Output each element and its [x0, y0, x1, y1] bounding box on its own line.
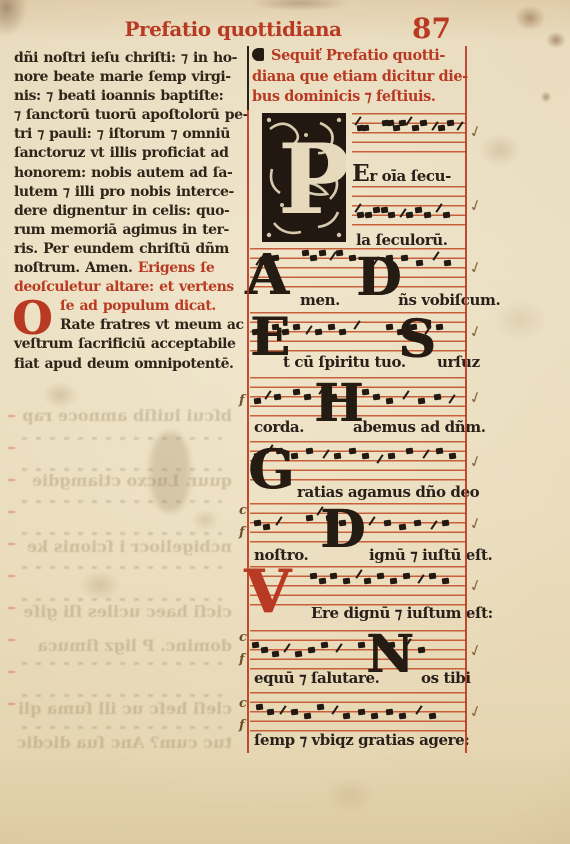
text-line: dere dignentur in celis: quo- [14, 202, 242, 221]
neume-punctum [334, 452, 342, 458]
custos-mark: ✓ [466, 120, 485, 142]
music-staff [250, 692, 466, 732]
lyric-line: os tibi [421, 669, 471, 687]
neume-liquescent [275, 516, 282, 525]
right-border-red [465, 46, 467, 753]
neume-punctum [405, 448, 413, 454]
text-segment: dere dignentur in celis: quo- [14, 203, 229, 219]
music-staff [352, 113, 466, 153]
neume-punctum [362, 124, 370, 130]
custos-mark: ✓ [466, 512, 485, 534]
neume-punctum [302, 250, 310, 256]
neume-punctum [386, 323, 394, 329]
text-line: dñi noſtri ieſu chriſti: ⁊ in ho- [14, 49, 242, 68]
bleed-text-line: cicſi haec uciles ſli giſe [18, 602, 232, 621]
text-segment: noſtrum. Amen. [14, 260, 138, 276]
neume-punctum [319, 577, 327, 583]
neume-punctum [293, 388, 301, 394]
neume-liquescent [431, 521, 438, 530]
neume-punctum [442, 577, 450, 583]
text-line: nis: ⁊ beati ioannis baptiſte: [14, 87, 242, 106]
custos-mark: ✓ [466, 574, 485, 596]
woodcut-letter: P [278, 123, 346, 236]
rubric-line: diana que etiam dicitur die- [252, 67, 466, 88]
column-divider-black [247, 46, 249, 110]
text-segment: ⁊ ſanctorū tuorū apoſtolorū pe- [14, 107, 248, 123]
neume-punctum [256, 703, 264, 709]
neume-punctum [448, 452, 456, 458]
neume-punctum [399, 713, 407, 719]
red-bleed-speck [8, 511, 15, 513]
clef-letter-c: c [239, 503, 247, 518]
neume-liquescent [433, 251, 440, 260]
lyric-line: ñs vobiſcum. [398, 291, 500, 309]
manuscript-page: Prefatio quottidiana 87 dñi noſtri ieſu … [0, 0, 570, 844]
text-segment: fiat apud deum omnipotentē. [14, 356, 233, 372]
neume-punctum [405, 212, 413, 218]
neume-punctum [358, 641, 366, 647]
dropcap-o: O [12, 298, 52, 338]
neume-punctum [414, 207, 422, 213]
chant-initial-g: G [248, 442, 294, 496]
text-segment: ris. Per eundem chriſtū dñm [14, 241, 229, 257]
neume-punctum [429, 573, 437, 579]
custos-mark: ✓ [466, 639, 485, 661]
neume-punctum [293, 323, 301, 329]
lyric-line: Er oīa ſecu- [352, 160, 451, 187]
neume-liquescent [353, 320, 360, 329]
clef-letter-f: f [239, 393, 245, 408]
lyric-line: ſemp ⁊ vbiqz gratias agere: [254, 731, 469, 749]
red-bleed-speck [8, 607, 15, 609]
neume-punctum [338, 328, 346, 334]
neume-liquescent [422, 449, 429, 458]
neume-punctum [304, 713, 312, 719]
neume-liquescent [403, 390, 410, 399]
neume-liquescent [377, 454, 384, 463]
neume-punctum [364, 212, 372, 218]
neume-liquescent [336, 643, 343, 652]
neume-liquescent [416, 705, 423, 714]
page-title: Prefatio quottidiana [118, 17, 348, 41]
neume-punctum [310, 255, 318, 261]
neume-punctum [319, 250, 327, 256]
lyric-line: t cū ſpiritu tuo. [283, 353, 406, 371]
neume-liquescent [368, 516, 375, 525]
text-segment: ſanctoruz vt illis proficiat ad [14, 145, 229, 161]
clef-letter-f: f [239, 652, 245, 667]
music-staff [250, 630, 466, 670]
chant-initial-e: E [250, 312, 290, 364]
neume-punctum [424, 212, 432, 218]
text-line: honorem: nobis autem ad ſa- [14, 164, 242, 183]
neume-liquescent [406, 116, 413, 125]
neume-punctum [386, 398, 394, 404]
chant-initial-d: D [320, 504, 365, 556]
lyric-line: equū ⁊ ſalutare. [254, 669, 379, 687]
neume-punctum [398, 120, 406, 126]
neume-punctum [384, 519, 392, 525]
chant-initial-d: D [356, 252, 401, 304]
lyric-line: urſuz [437, 353, 480, 371]
red-bleed-speck [8, 703, 15, 705]
red-bleed-speck [8, 671, 15, 673]
neume-liquescent [264, 390, 271, 399]
neume-punctum [263, 524, 271, 530]
neume-punctum [271, 651, 279, 657]
bleed-dot-row [22, 694, 222, 697]
text-line: fiat apud deum omnipotentē. [14, 355, 242, 374]
neume-punctum [373, 393, 381, 399]
rubric-line: bus dominicis ⁊ feſtiuis. [252, 87, 466, 108]
bleed-text-line: ncbigeliocr i ſcionis ke [18, 537, 232, 556]
custos-mark: ✓ [466, 450, 485, 472]
chant-initial-h: H [314, 378, 363, 430]
neume-punctum [252, 641, 260, 647]
neume-punctum [310, 573, 318, 579]
bleed-dot-row [22, 598, 222, 601]
text-segment: ſe ad populum dicat. [60, 298, 216, 314]
bleed-dot-row [22, 437, 222, 440]
neume-punctum [362, 388, 370, 394]
neume-punctum [412, 124, 420, 130]
bleed-text-line: cleſi heſc uc ill ſuma qlis [18, 699, 232, 718]
bleed-dot-row [22, 468, 222, 471]
neume-punctum [358, 708, 366, 714]
pilcrow-icon [252, 48, 264, 61]
neume-liquescent [323, 449, 330, 458]
page-number: 87 [412, 12, 451, 45]
neume-punctum [416, 259, 424, 265]
custos-mark: ✓ [466, 700, 485, 722]
neume-punctum [306, 448, 314, 454]
neume-punctum [442, 519, 450, 525]
neume-punctum [336, 250, 344, 256]
neume-punctum [414, 519, 422, 525]
text-segment: Erigens ſe [138, 260, 214, 276]
bleed-dot-row [22, 662, 222, 665]
neume-punctum [437, 124, 445, 130]
column-divider-red [247, 110, 249, 753]
neume-liquescent [279, 705, 286, 714]
bleed-text-line: quur. Lucxo ctiamgdie [18, 471, 232, 490]
text-segment: nis: ⁊ beati ioannis baptiſte: [14, 88, 223, 104]
text-line: ris. Per eundem chriſtū dñm [14, 240, 242, 259]
neume-punctum [372, 207, 380, 213]
bleed-dot-row [22, 532, 222, 535]
rubric-heading: Sequiť Prefatio quotti-diana que etiam d… [252, 46, 466, 108]
neume-punctum [429, 713, 437, 719]
bleed-text-line: tuc cum? Anc ſua dicdics [18, 733, 232, 752]
custos-mark: ✓ [466, 194, 485, 216]
neume-punctum [377, 573, 385, 579]
neume-punctum [444, 259, 452, 265]
red-bleed-speck [8, 543, 15, 545]
bleed-dot-row [22, 500, 222, 503]
chant-initial-v: V [244, 562, 291, 622]
neume-punctum [356, 212, 364, 218]
neume-punctum [390, 577, 398, 583]
chant-initial-s: S [398, 314, 436, 366]
text-line: noſtrum. Amen. Erigens ſe [14, 259, 242, 278]
clef-letter-f: f [239, 525, 245, 540]
neume-punctum [314, 328, 322, 334]
neume-punctum [399, 524, 407, 530]
neume-punctum [446, 120, 454, 126]
neume-punctum [254, 519, 262, 525]
neume-punctum [349, 448, 357, 454]
neume-punctum [321, 641, 329, 647]
neume-punctum [403, 573, 411, 579]
neume-punctum [443, 212, 451, 218]
neume-punctum [260, 646, 268, 652]
neume-liquescent [435, 204, 442, 213]
neume-punctum [291, 708, 299, 714]
text-line: ſanctoruz vt illis proficiat ad [14, 144, 242, 163]
custos-mark: ✓ [466, 256, 485, 278]
text-segment: Rate fratres vt meum ac [60, 317, 244, 333]
neume-punctum [362, 452, 370, 458]
neume-punctum [418, 398, 426, 404]
text-segment: nore beate marie ſemp virgi- [14, 69, 231, 85]
rubric-line: Sequiť Prefatio quotti- [252, 46, 466, 67]
neume-punctum [388, 452, 396, 458]
clef-letter-f: f [239, 718, 245, 733]
lyric-line: corda. [254, 418, 304, 436]
neume-punctum [386, 708, 394, 714]
neume-punctum [343, 713, 351, 719]
text-line: ⁊ ſanctorū tuorū apoſtolorū pe- [14, 106, 242, 125]
neume-liquescent [448, 395, 455, 404]
neume-punctum [254, 398, 262, 404]
neume-liquescent [331, 705, 338, 714]
neume-punctum [306, 514, 314, 520]
text-line: rum memoriā agimus in ter- [14, 221, 242, 240]
neume-punctum [433, 393, 441, 399]
neume-punctum [435, 448, 443, 454]
neume-punctum [343, 577, 351, 583]
bleed-text-line: bſcui luiſib amnoce rap [18, 406, 232, 425]
neume-punctum [435, 323, 443, 329]
neume-punctum [267, 708, 275, 714]
text-segment: lutem ⁊ illi pro nobis interce- [14, 184, 234, 200]
neume-punctum [317, 703, 325, 709]
neume-punctum [330, 573, 338, 579]
neume-punctum [308, 646, 316, 652]
neume-punctum [388, 212, 396, 218]
lyric-line: men. [300, 291, 340, 309]
text-line: lutem ⁊ illi pro nobis interce- [14, 183, 242, 202]
red-bleed-speck [8, 479, 15, 481]
chant-initial-n: N [366, 629, 414, 681]
lyric-line: ignū ⁊ iuſtū eſt. [369, 546, 492, 564]
text-line: tri ⁊ pauli: ⁊ iſtorum ⁊ omniū [14, 125, 242, 144]
neume-punctum [273, 393, 281, 399]
clef-letter-c: c [239, 630, 247, 645]
neume-punctum [364, 577, 372, 583]
neume-liquescent [456, 121, 463, 130]
chant-initial-a: A [245, 247, 288, 303]
neume-punctum [420, 120, 428, 126]
neume-punctum [401, 255, 409, 261]
text-segment: rum memoriā agimus in ter- [14, 222, 229, 238]
neume-liquescent [355, 569, 362, 578]
text-segment: dñi noſtri ieſu chriſti: ⁊ in ho- [14, 50, 237, 66]
neume-punctum [380, 207, 388, 213]
text-line: nore beate marie ſemp virgi- [14, 68, 242, 87]
red-bleed-speck [8, 639, 15, 641]
custos-mark: ✓ [466, 320, 485, 342]
woodcut-initial-image: P [262, 113, 346, 242]
neume-punctum [295, 651, 303, 657]
neume-punctum [371, 713, 379, 719]
neume-punctum [327, 323, 335, 329]
neume-liquescent [284, 643, 291, 652]
red-bleed-speck [8, 415, 15, 417]
bleed-through-blob [150, 432, 190, 512]
red-bleed-speck [8, 447, 15, 449]
neume-punctum [304, 393, 312, 399]
text-segment: honorem: nobis autem ad ſa- [14, 165, 232, 181]
bleed-dot-row [22, 566, 222, 569]
text-segment: tri ⁊ pauli: ⁊ iſtorum ⁊ omniū [14, 126, 230, 142]
woodcut-initial-p: P [262, 113, 346, 246]
neume-punctum [418, 646, 426, 652]
neume-liquescent [418, 574, 425, 583]
red-bleed-speck [8, 575, 15, 577]
clef-letter-c: c [239, 696, 247, 711]
bleed-text-line: dominc. P ligz ſimuca [18, 636, 232, 655]
music-staff [352, 186, 466, 226]
neume-liquescent [305, 325, 312, 334]
custos-mark: ✓ [466, 386, 485, 408]
bleed-dot-row [22, 726, 222, 729]
